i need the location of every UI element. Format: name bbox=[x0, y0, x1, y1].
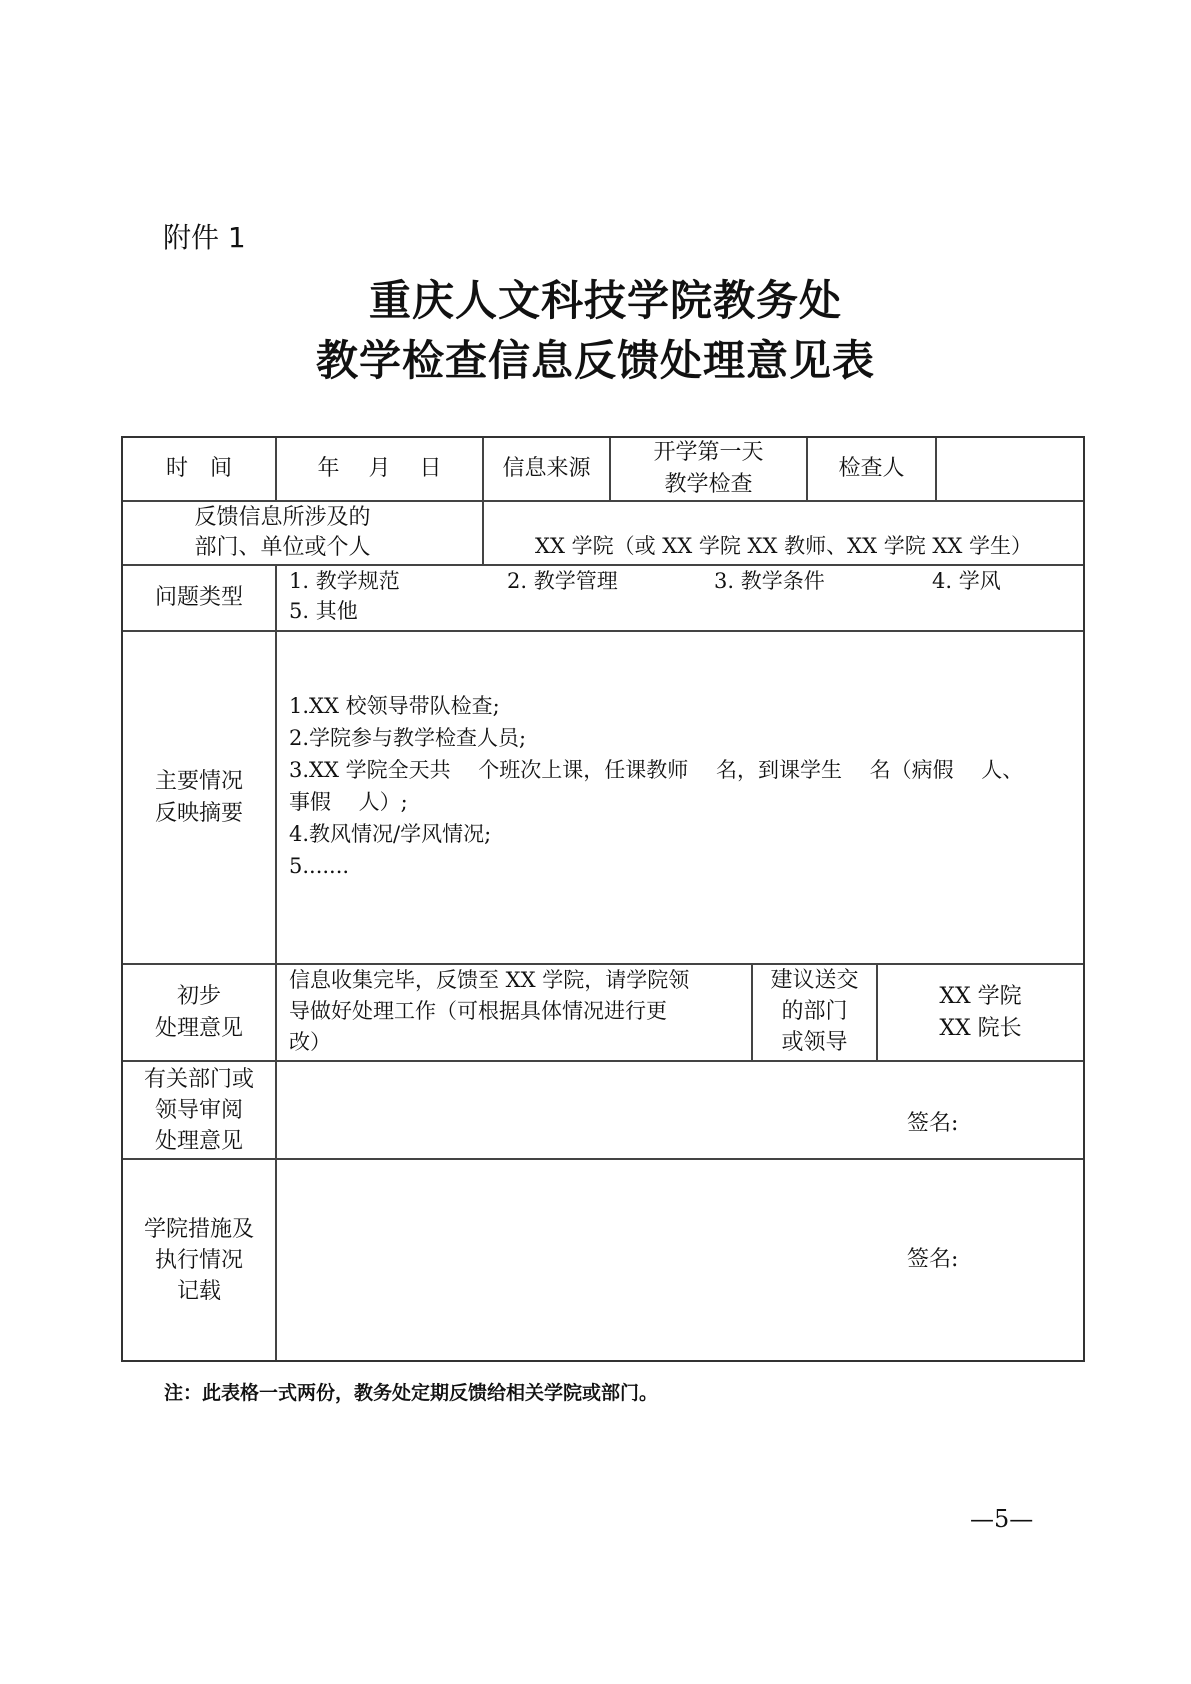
source-label: 信息来源 bbox=[484, 438, 609, 500]
inspector-label: 检查人 bbox=[808, 438, 935, 500]
summary-item-2: 2.学院参与教学检查人员; bbox=[289, 722, 526, 754]
summary-item-5: 5....... bbox=[289, 850, 349, 882]
suggested-recipient-line1: XX 学院 bbox=[939, 981, 1021, 1013]
summary-label-line1: 主要情况 bbox=[155, 766, 243, 798]
review-opinion-label-line1: 有关部门或 bbox=[144, 1064, 254, 1095]
summary-label-line2: 反映摘要 bbox=[155, 798, 243, 830]
preliminary-opinion-label: 初步 处理意见 bbox=[123, 965, 275, 1060]
preliminary-opinion-field[interactable]: 信息收集完毕，反馈至 XX 学院，请学院领 导做好处理工作（可根据具体情况进行更… bbox=[277, 965, 751, 1060]
measures-record-label: 学院措施及 执行情况 记载 bbox=[123, 1160, 275, 1360]
review-opinion-label-line3: 处理意见 bbox=[155, 1126, 243, 1157]
suggested-recipient-label: 建议送交 的部门 或领导 bbox=[753, 965, 876, 1060]
suggested-recipient-label-line3: 或领导 bbox=[781, 1027, 847, 1058]
review-opinion-field[interactable]: 签名: bbox=[277, 1062, 1083, 1158]
summary-label: 主要情况 反映摘要 bbox=[123, 632, 275, 963]
time-label: 时 间 bbox=[123, 438, 275, 500]
review-signature-label: 签名: bbox=[907, 1108, 958, 1140]
summary-content[interactable]: 1.XX 校领导带队检查; 2.学院参与教学检查人员; 3.XX 学院全天共 个… bbox=[277, 632, 1083, 963]
suggested-recipient-label-line2: 的部门 bbox=[781, 996, 847, 1027]
involved-party-label-line1: 反馈信息所涉及的 bbox=[194, 503, 370, 533]
inspector-field[interactable] bbox=[937, 438, 1083, 500]
preliminary-opinion-label-line2: 处理意见 bbox=[155, 1013, 243, 1045]
date-field[interactable]: 年 月 日 bbox=[277, 438, 482, 500]
source-value-line1: 开学第一天 bbox=[653, 437, 763, 469]
footnote: 注：此表格一式两份，教务处定期反馈给相关学院或部门。 bbox=[164, 1378, 658, 1405]
measures-signature-label: 签名: bbox=[907, 1244, 958, 1276]
issue-type-option-4[interactable]: 4. 学风 bbox=[932, 566, 1001, 596]
review-opinion-label-line2: 领导审阅 bbox=[155, 1095, 243, 1126]
review-opinion-label: 有关部门或 领导审阅 处理意见 bbox=[123, 1062, 275, 1158]
issue-type-option-2[interactable]: 2. 教学管理 bbox=[507, 566, 714, 596]
preliminary-opinion-line2: 导做好处理工作（可根据具体情况进行更 bbox=[289, 996, 667, 1027]
summary-item-4: 4.教风情况/学风情况; bbox=[289, 818, 491, 850]
issue-type-option-3[interactable]: 3. 教学条件 bbox=[714, 566, 932, 596]
involved-party-label-line2: 部门、单位或个人 bbox=[194, 533, 370, 563]
page-title-line2: 教学检查信息反馈处理意见表 bbox=[0, 328, 1191, 388]
source-value-line2: 教学检查 bbox=[664, 469, 752, 501]
issue-type-option-1[interactable]: 1. 教学规范 bbox=[289, 566, 507, 596]
preliminary-opinion-line3: 改） bbox=[289, 1027, 331, 1058]
involved-party-field[interactable]: XX 学院（或 XX 学院 XX 教师、XX 学院 XX 学生） bbox=[484, 502, 1083, 564]
summary-item-1: 1.XX 校领导带队检查; bbox=[289, 690, 500, 722]
measures-record-label-line3: 记载 bbox=[177, 1276, 221, 1307]
measures-record-field[interactable]: 签名: bbox=[277, 1160, 1083, 1360]
page-title-line1: 重庆人文科技学院教务处 bbox=[0, 268, 1191, 328]
suggested-recipient-line2: XX 院长 bbox=[939, 1013, 1021, 1045]
summary-item-3: 3.XX 学院全天共 个班次上课，任课教师 名，到课学生 名（病假 人、 bbox=[289, 754, 1023, 786]
source-value: 开学第一天 教学检查 bbox=[611, 438, 806, 500]
issue-type-label: 问题类型 bbox=[123, 566, 275, 630]
summary-item-3-cont: 事假 人）; bbox=[289, 786, 408, 818]
suggested-recipient-label-line1: 建议送交 bbox=[770, 965, 858, 996]
preliminary-opinion-label-line1: 初步 bbox=[177, 981, 221, 1013]
page-number: —5— bbox=[970, 1505, 1033, 1533]
issue-type-options: 1. 教学规范 2. 教学管理 3. 教学条件 4. 学风 5. 其他 bbox=[277, 566, 1083, 630]
measures-record-label-line2: 执行情况 bbox=[155, 1245, 243, 1276]
issue-type-option-5[interactable]: 5. 其他 bbox=[289, 596, 358, 626]
preliminary-opinion-line1: 信息收集完毕，反馈至 XX 学院，请学院领 bbox=[289, 965, 689, 996]
suggested-recipient-field[interactable]: XX 学院 XX 院长 bbox=[878, 965, 1083, 1060]
measures-record-label-line1: 学院措施及 bbox=[144, 1214, 254, 1245]
feedback-form-table: 时 间 年 月 日 信息来源 开学第一天 教学检查 检查人 反馈信息所涉及的 部… bbox=[121, 436, 1085, 1362]
involved-party-label: 反馈信息所涉及的 部门、单位或个人 bbox=[123, 502, 482, 564]
attachment-label: 附件 1 bbox=[163, 216, 246, 256]
